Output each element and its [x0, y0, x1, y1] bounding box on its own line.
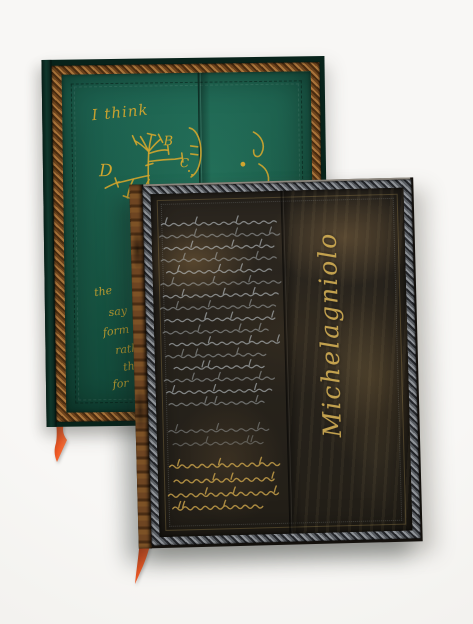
script-line	[174, 472, 274, 483]
script-fragment: form	[101, 323, 130, 340]
script-line	[166, 263, 271, 274]
script-line	[165, 311, 275, 322]
script-fragment: say	[108, 304, 129, 319]
script-fragment: for	[111, 376, 130, 391]
script-line	[168, 486, 278, 497]
script-line	[161, 215, 276, 226]
script-line	[169, 395, 264, 406]
script-line	[161, 251, 276, 262]
script-line	[169, 457, 279, 468]
michelangelo-signature: Michelagniolo	[313, 228, 353, 441]
sketch-letter-b: B	[163, 134, 174, 149]
product-photo-scene: I think B C D the say form rather then f…	[0, 0, 473, 624]
script-fragment: the	[93, 284, 113, 300]
michelangelo-journal: Michelagniolo	[129, 177, 422, 548]
script-line	[174, 359, 264, 370]
script-line	[173, 499, 263, 510]
i-think-quote: I think	[90, 101, 149, 125]
script-line	[169, 335, 279, 346]
script-line	[164, 239, 274, 250]
script-line	[159, 227, 279, 238]
script-line	[167, 383, 272, 394]
sketch-letter-c: C	[180, 156, 189, 170]
script-line	[166, 347, 266, 358]
script-line	[173, 435, 263, 446]
sketch-letter-d: D	[98, 161, 113, 181]
michelangelo-journal-cover: Michelagniolo	[151, 188, 413, 538]
script-line	[161, 275, 281, 286]
script-line	[164, 371, 274, 382]
script-line	[160, 299, 275, 310]
script-line	[169, 422, 269, 433]
script-line	[163, 287, 278, 298]
script-line	[163, 323, 268, 334]
